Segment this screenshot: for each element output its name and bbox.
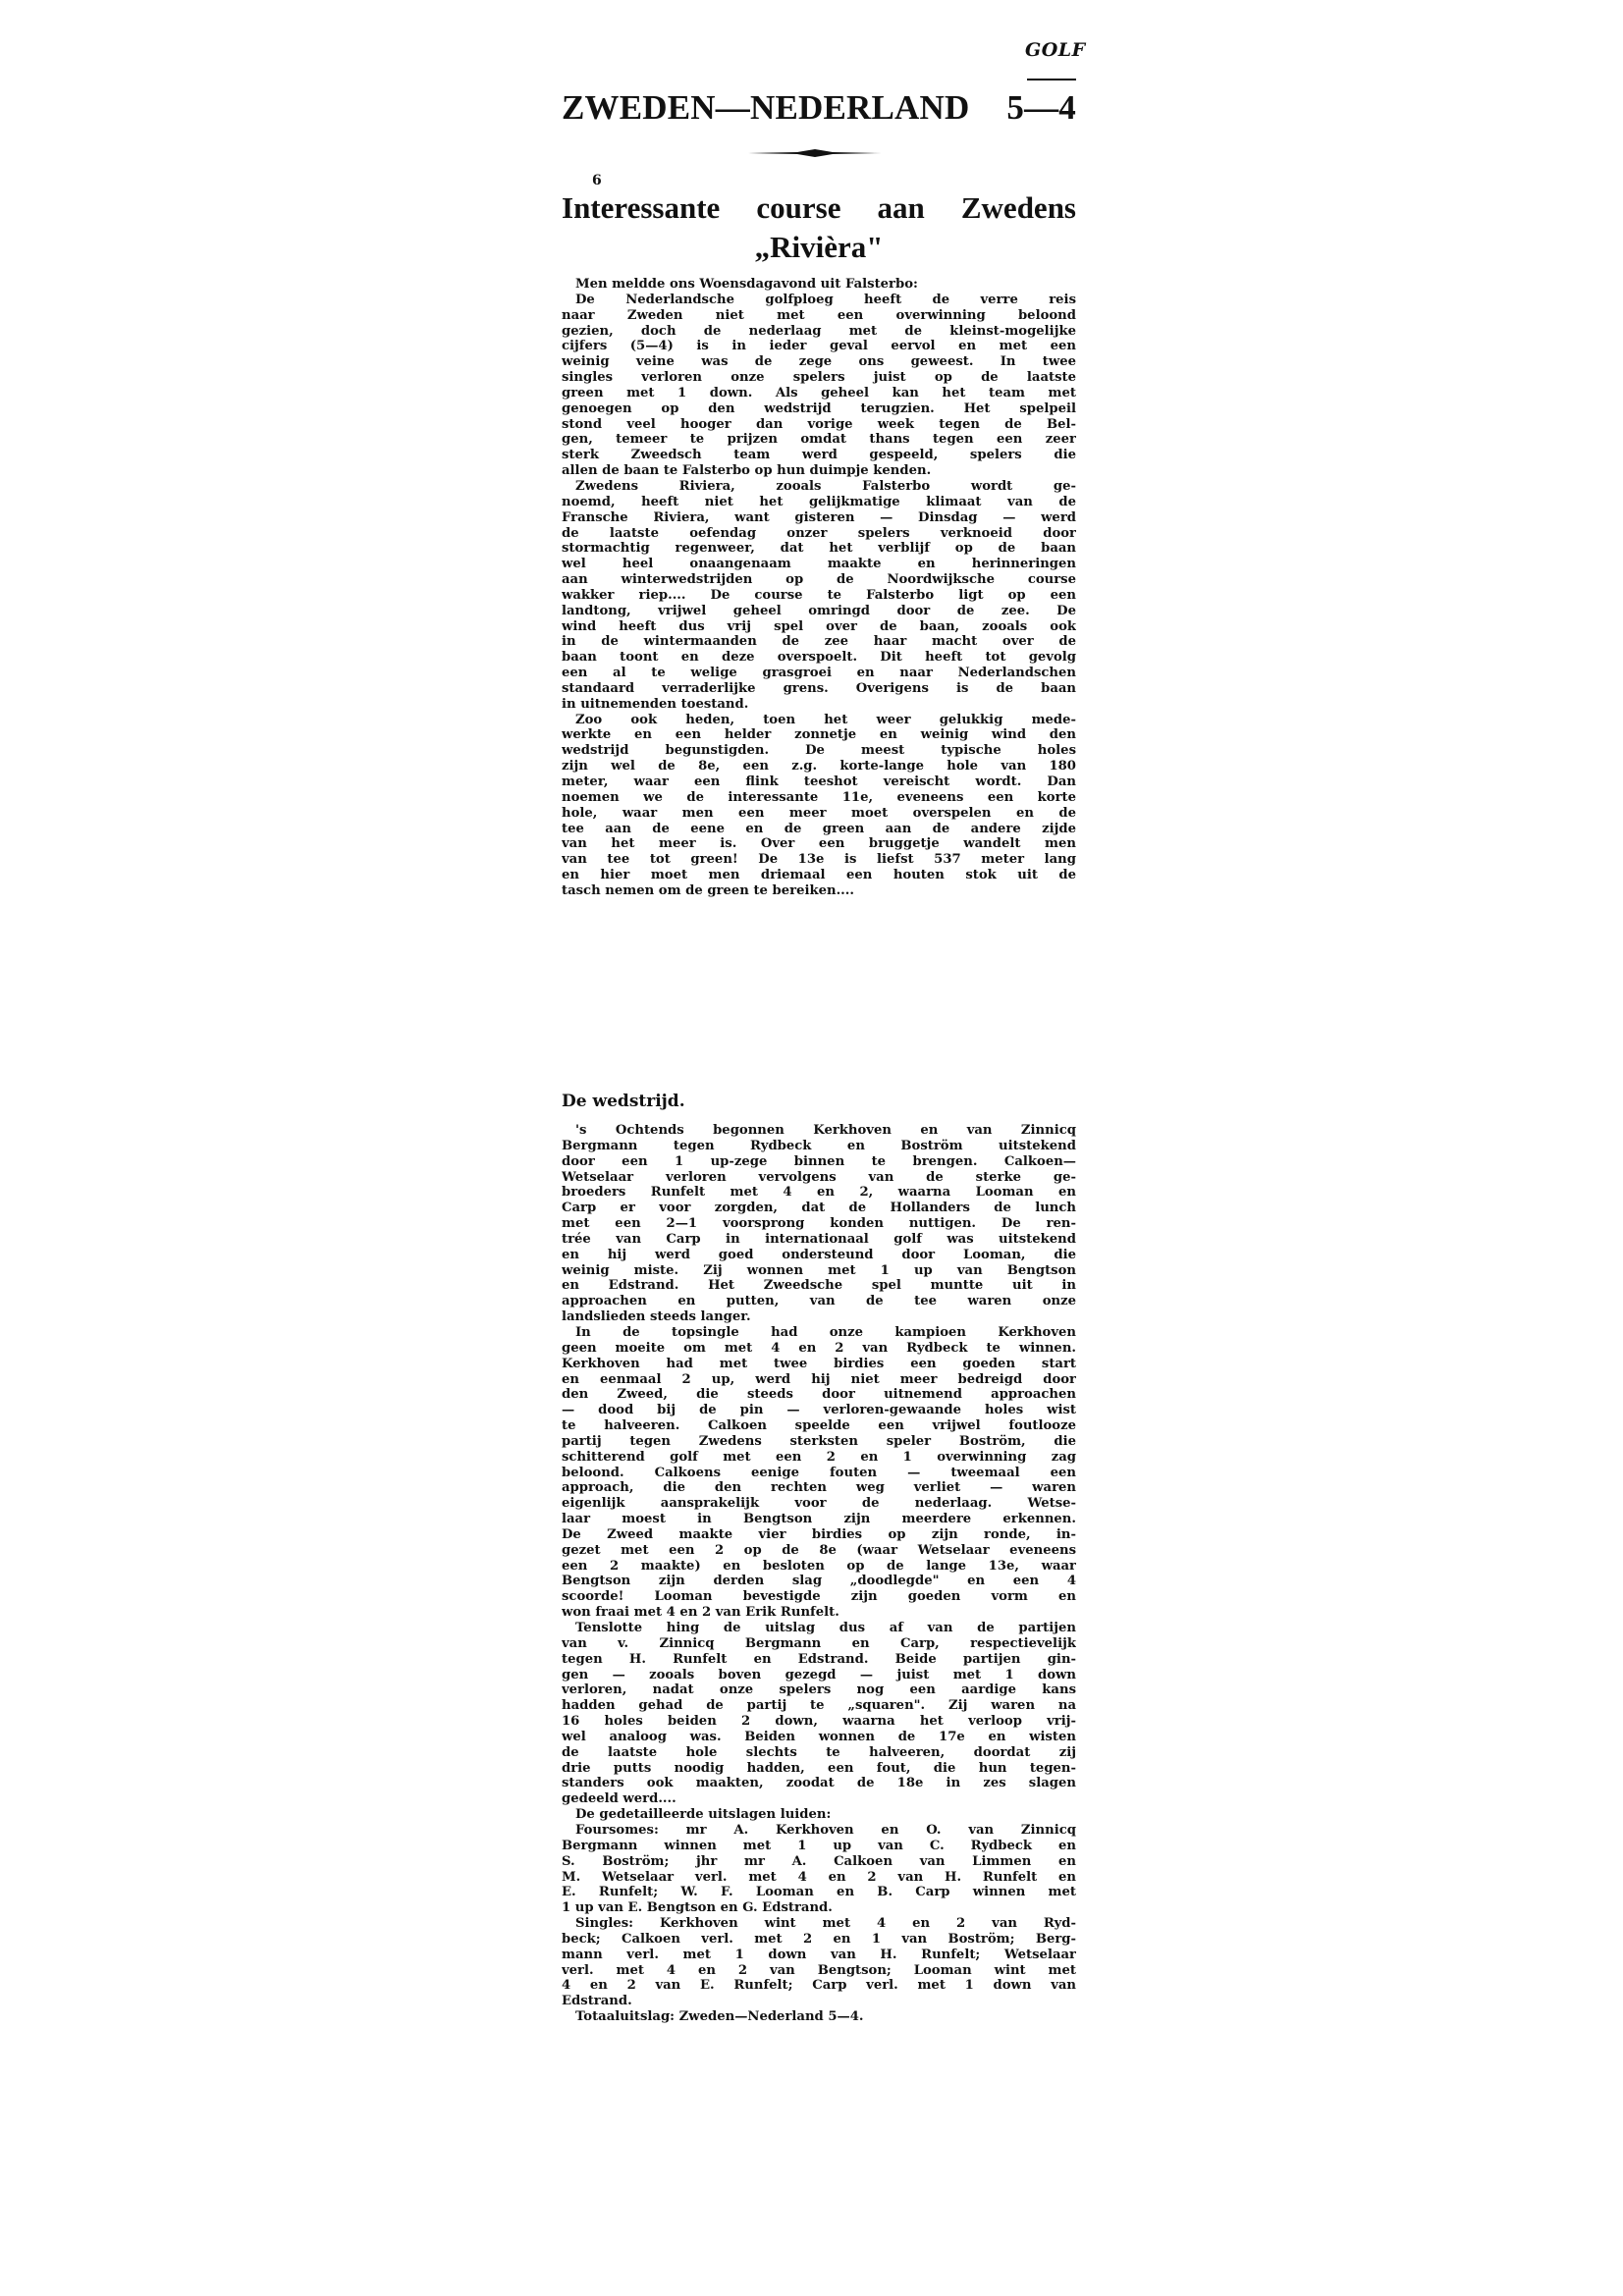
- text-line: gezet met een 2 op de 8e (waar Wetselaar…: [562, 1543, 1076, 1559]
- text-line: In de topsingle had onze kampioen Kerkho…: [562, 1325, 1076, 1341]
- text-line: een 2 maakte) en besloten op de lange 13…: [562, 1559, 1076, 1575]
- headline-title: ZWEDEN—NEDERLAND: [562, 88, 969, 127]
- text-line: landslieden steeds langer.: [562, 1309, 1076, 1325]
- text-line: De Nederlandsche golfploeg heeft de verr…: [562, 293, 1076, 308]
- text-line: trée van Carp in internationaal golf was…: [562, 1232, 1076, 1248]
- text-line: te halveeren. Calkoen speelde een vrijwe…: [562, 1418, 1076, 1434]
- subheadline-line-2: „Rivièra": [755, 230, 884, 264]
- text-line: tegen H. Runfelt en Edstrand. Beide part…: [562, 1652, 1076, 1668]
- text-line: Kerkhoven had met twee birdies een goede…: [562, 1357, 1076, 1372]
- text-line: van v. Zinnicq Bergmann en Carp, respect…: [562, 1636, 1076, 1652]
- text-line: de laatste oefendag onzer spelers verkno…: [562, 526, 1076, 542]
- text-line: De gedetailleerde uitslagen luiden:: [562, 1807, 1076, 1823]
- text-line: verl. met 4 en 2 van Bengtson; Looman wi…: [562, 1963, 1076, 1979]
- text-line: 4 en 2 van E. Runfelt; Carp verl. met 1 …: [562, 1978, 1076, 1994]
- text-line: approach, die den rechten weg verliet — …: [562, 1480, 1076, 1496]
- text-line: zijn wel de 8e, een z.g. korte-lange hol…: [562, 759, 1076, 774]
- text-line: noemd, heeft niet het gelijkmatige klima…: [562, 495, 1076, 510]
- text-line: standers ook maakten, zoodat de 18e in z…: [562, 1776, 1076, 1791]
- text-line: weinig miste. Zij wonnen met 1 up van Be…: [562, 1263, 1076, 1279]
- text-line: Bergmann tegen Rydbeck en Boström uitste…: [562, 1139, 1076, 1154]
- text-line: Fransche Riviera, want gisteren — Dinsda…: [562, 510, 1076, 526]
- text-line: Singles: Kerkhoven wint met 4 en 2 van R…: [562, 1916, 1076, 1932]
- text-line: een al te welige grasgroei en naar Neder…: [562, 666, 1076, 681]
- text-line: Zwedens Riviera, zooals Falsterbo wordt …: [562, 479, 1076, 495]
- text-line: wind heeft dus vrij spel over de baan, z…: [562, 619, 1076, 635]
- subheadline: Interessante course aan Zwedens „Rivièra…: [562, 188, 1076, 267]
- text-line: en eenmaal 2 up, werd hij niet meer bedr…: [562, 1372, 1076, 1388]
- text-line: en hij werd goed ondersteund door Looman…: [562, 1248, 1076, 1263]
- text-line: beloond. Calkoens eenige fouten — tweema…: [562, 1466, 1076, 1481]
- text-line: eigenlijk aansprakelijk voor de nederlaa…: [562, 1496, 1076, 1512]
- text-line: gen — zooals boven gezegd — juist met 1 …: [562, 1668, 1076, 1683]
- text-line: landtong, vrijwel geheel omringd door de…: [562, 604, 1076, 619]
- subheadline-line-1: Interessante course aan Zwedens: [562, 188, 1076, 228]
- text-line: 's Ochtends begonnen Kerkhoven en van Zi…: [562, 1123, 1076, 1139]
- text-line: werkte en een helder zonnetje en weinig …: [562, 727, 1076, 743]
- text-line: 1 up van E. Bengtson en G. Edstrand.: [562, 1900, 1076, 1916]
- text-line: naar Zweden niet met een overwinning bel…: [562, 308, 1076, 324]
- text-line: van het meer is. Over een bruggetje wand…: [562, 836, 1076, 852]
- section-label-rule: [1027, 79, 1076, 80]
- text-line: tee aan de eene en de green aan de ander…: [562, 822, 1076, 837]
- text-line: wedstrijd begunstigden. De meest typisch…: [562, 743, 1076, 759]
- text-line: Bergmann winnen met 1 up van C. Rydbeck …: [562, 1839, 1076, 1854]
- text-line: standaard verraderlijke grens. Overigens…: [562, 681, 1076, 697]
- text-line: cijfers (5—4) is in ieder geval eervol e…: [562, 339, 1076, 354]
- text-line: den Zweed, die steeds door uitnemend app…: [562, 1387, 1076, 1403]
- text-line: 16 holes beiden 2 down, waarna het verlo…: [562, 1714, 1076, 1730]
- text-line: Tenslotte hing de uitslag dus af van de …: [562, 1621, 1076, 1636]
- text-line: gen, temeer te prijzen omdat thans tegen…: [562, 432, 1076, 448]
- text-line: E. Runfelt; W. F. Looman en B. Carp winn…: [562, 1885, 1076, 1900]
- text-line: laar moest in Bengtson zijn meerdere erk…: [562, 1512, 1076, 1527]
- text-line: green met 1 down. Als geheel kan het tea…: [562, 386, 1076, 401]
- text-line: Totaaluitslag: Zweden—Nederland 5—4.: [562, 2009, 1076, 2025]
- text-line: Men meldde ons Woensdagavond uit Falster…: [562, 277, 1076, 293]
- text-line: Bengtson zijn derden slag „doodlegde" en…: [562, 1574, 1076, 1589]
- text-line: Wetselaar verloren vervolgens van de ste…: [562, 1170, 1076, 1186]
- text-line: verloren, nadat onze spelers nog een aar…: [562, 1682, 1076, 1698]
- text-line: gezien, doch de nederlaag met de kleinst…: [562, 324, 1076, 340]
- text-line: hole, waar men een meer moet overspelen …: [562, 806, 1076, 822]
- text-line: Foursomes: mr A. Kerkhoven en O. van Zin…: [562, 1823, 1076, 1839]
- text-line: genoegen op den wedstrijd terugzien. Het…: [562, 401, 1076, 417]
- text-line: broeders Runfelt met 4 en 2, waarna Loom…: [562, 1185, 1076, 1201]
- text-line: gedeeld werd....: [562, 1791, 1076, 1807]
- text-line: weinig veine was de zege ons geweest. In…: [562, 354, 1076, 370]
- text-line: mann verl. met 1 down van H. Runfelt; We…: [562, 1948, 1076, 1963]
- text-line: won fraai met 4 en 2 van Erik Runfelt.: [562, 1605, 1076, 1621]
- ornament-rule-icon: [748, 149, 882, 157]
- section-label: GOLF: [1025, 39, 1076, 61]
- text-line: allen de baan te Falsterbo op hun duimpj…: [562, 463, 1076, 479]
- text-line: drie putts noodig hadden, een fout, die …: [562, 1761, 1076, 1777]
- text-line: wel heel onaangenaam maakte en herinneri…: [562, 557, 1076, 572]
- text-line: Carp er voor zorgden, dat de Hollanders …: [562, 1201, 1076, 1216]
- text-line: partij tegen Zwedens sterksten speler Bo…: [562, 1434, 1076, 1450]
- text-line: en Edstrand. Het Zweedsche spel muntte u…: [562, 1278, 1076, 1294]
- text-line: beck; Calkoen verl. met 2 en 1 van Bostr…: [562, 1932, 1076, 1948]
- text-line: — dood bij de pin — verloren-gewaande ho…: [562, 1403, 1076, 1418]
- text-line: sterk Zweedsch team werd gespeeld, spele…: [562, 448, 1076, 463]
- text-line: stormachtig regenweer, dat het verblijf …: [562, 541, 1076, 557]
- text-line: aan winterwedstrijden op de Noordwijksch…: [562, 572, 1076, 588]
- text-line: De Zweed maakte vier birdies op zijn ron…: [562, 1527, 1076, 1543]
- text-line: in de wintermaanden de zee haar macht ov…: [562, 634, 1076, 650]
- headline: ZWEDEN—NEDERLAND 5—4: [562, 88, 1076, 128]
- text-line: baan toont en deze overspoelt. Dit heeft…: [562, 650, 1076, 666]
- text-line: scoorde! Looman bevestigde zijn goeden v…: [562, 1589, 1076, 1605]
- text-line: wel analoog was. Beiden wonnen de 17e en…: [562, 1730, 1076, 1745]
- text-line: Zoo ook heden, toen het weer gelukkig me…: [562, 713, 1076, 728]
- text-line: van tee tot green! De 13e is liefst 537 …: [562, 852, 1076, 868]
- article-intro: Men meldde ons Woensdagavond uit Falster…: [562, 277, 1076, 899]
- text-line: singles verloren onze spelers juist op d…: [562, 370, 1076, 386]
- section-heading: De wedstrijd.: [562, 1092, 685, 1111]
- text-line: S. Boström; jhr mr A. Calkoen van Limmen…: [562, 1854, 1076, 1870]
- text-line: meter, waar een flink teeshot vereischt …: [562, 774, 1076, 790]
- headline-score: 5—4: [1006, 88, 1076, 128]
- text-line: M. Wetselaar verl. met 4 en 2 van H. Run…: [562, 1870, 1076, 1886]
- text-line: hadden gehad de partij te „squaren". Zij…: [562, 1698, 1076, 1714]
- text-line: tasch nemen om de green te bereiken....: [562, 883, 1076, 899]
- text-line: stond veel hooger dan vorige week tegen …: [562, 417, 1076, 433]
- text-line: door een 1 up-zege binnen te brengen. Ca…: [562, 1154, 1076, 1170]
- text-line: Edstrand.: [562, 1994, 1076, 2009]
- text-line: wakker riep.... De course te Falsterbo l…: [562, 588, 1076, 604]
- text-line: approachen en putten, van de tee waren o…: [562, 1294, 1076, 1309]
- text-line: in uitnemenden toestand.: [562, 697, 1076, 713]
- text-line: met een 2—1 voorsprong konden nuttigen. …: [562, 1216, 1076, 1232]
- text-line: en hier moet men driemaal een houten sto…: [562, 868, 1076, 883]
- text-line: noemen we de interessante 11e, eveneens …: [562, 790, 1076, 806]
- text-line: de laatste hole slechts te halveeren, do…: [562, 1745, 1076, 1761]
- stray-print-mark: 6: [592, 173, 602, 188]
- article-match-report: 's Ochtends begonnen Kerkhoven en van Zi…: [562, 1123, 1076, 2025]
- text-line: schitterend golf met een 2 en 1 overwinn…: [562, 1450, 1076, 1466]
- text-line: geen moeite om met 4 en 2 van Rydbeck te…: [562, 1341, 1076, 1357]
